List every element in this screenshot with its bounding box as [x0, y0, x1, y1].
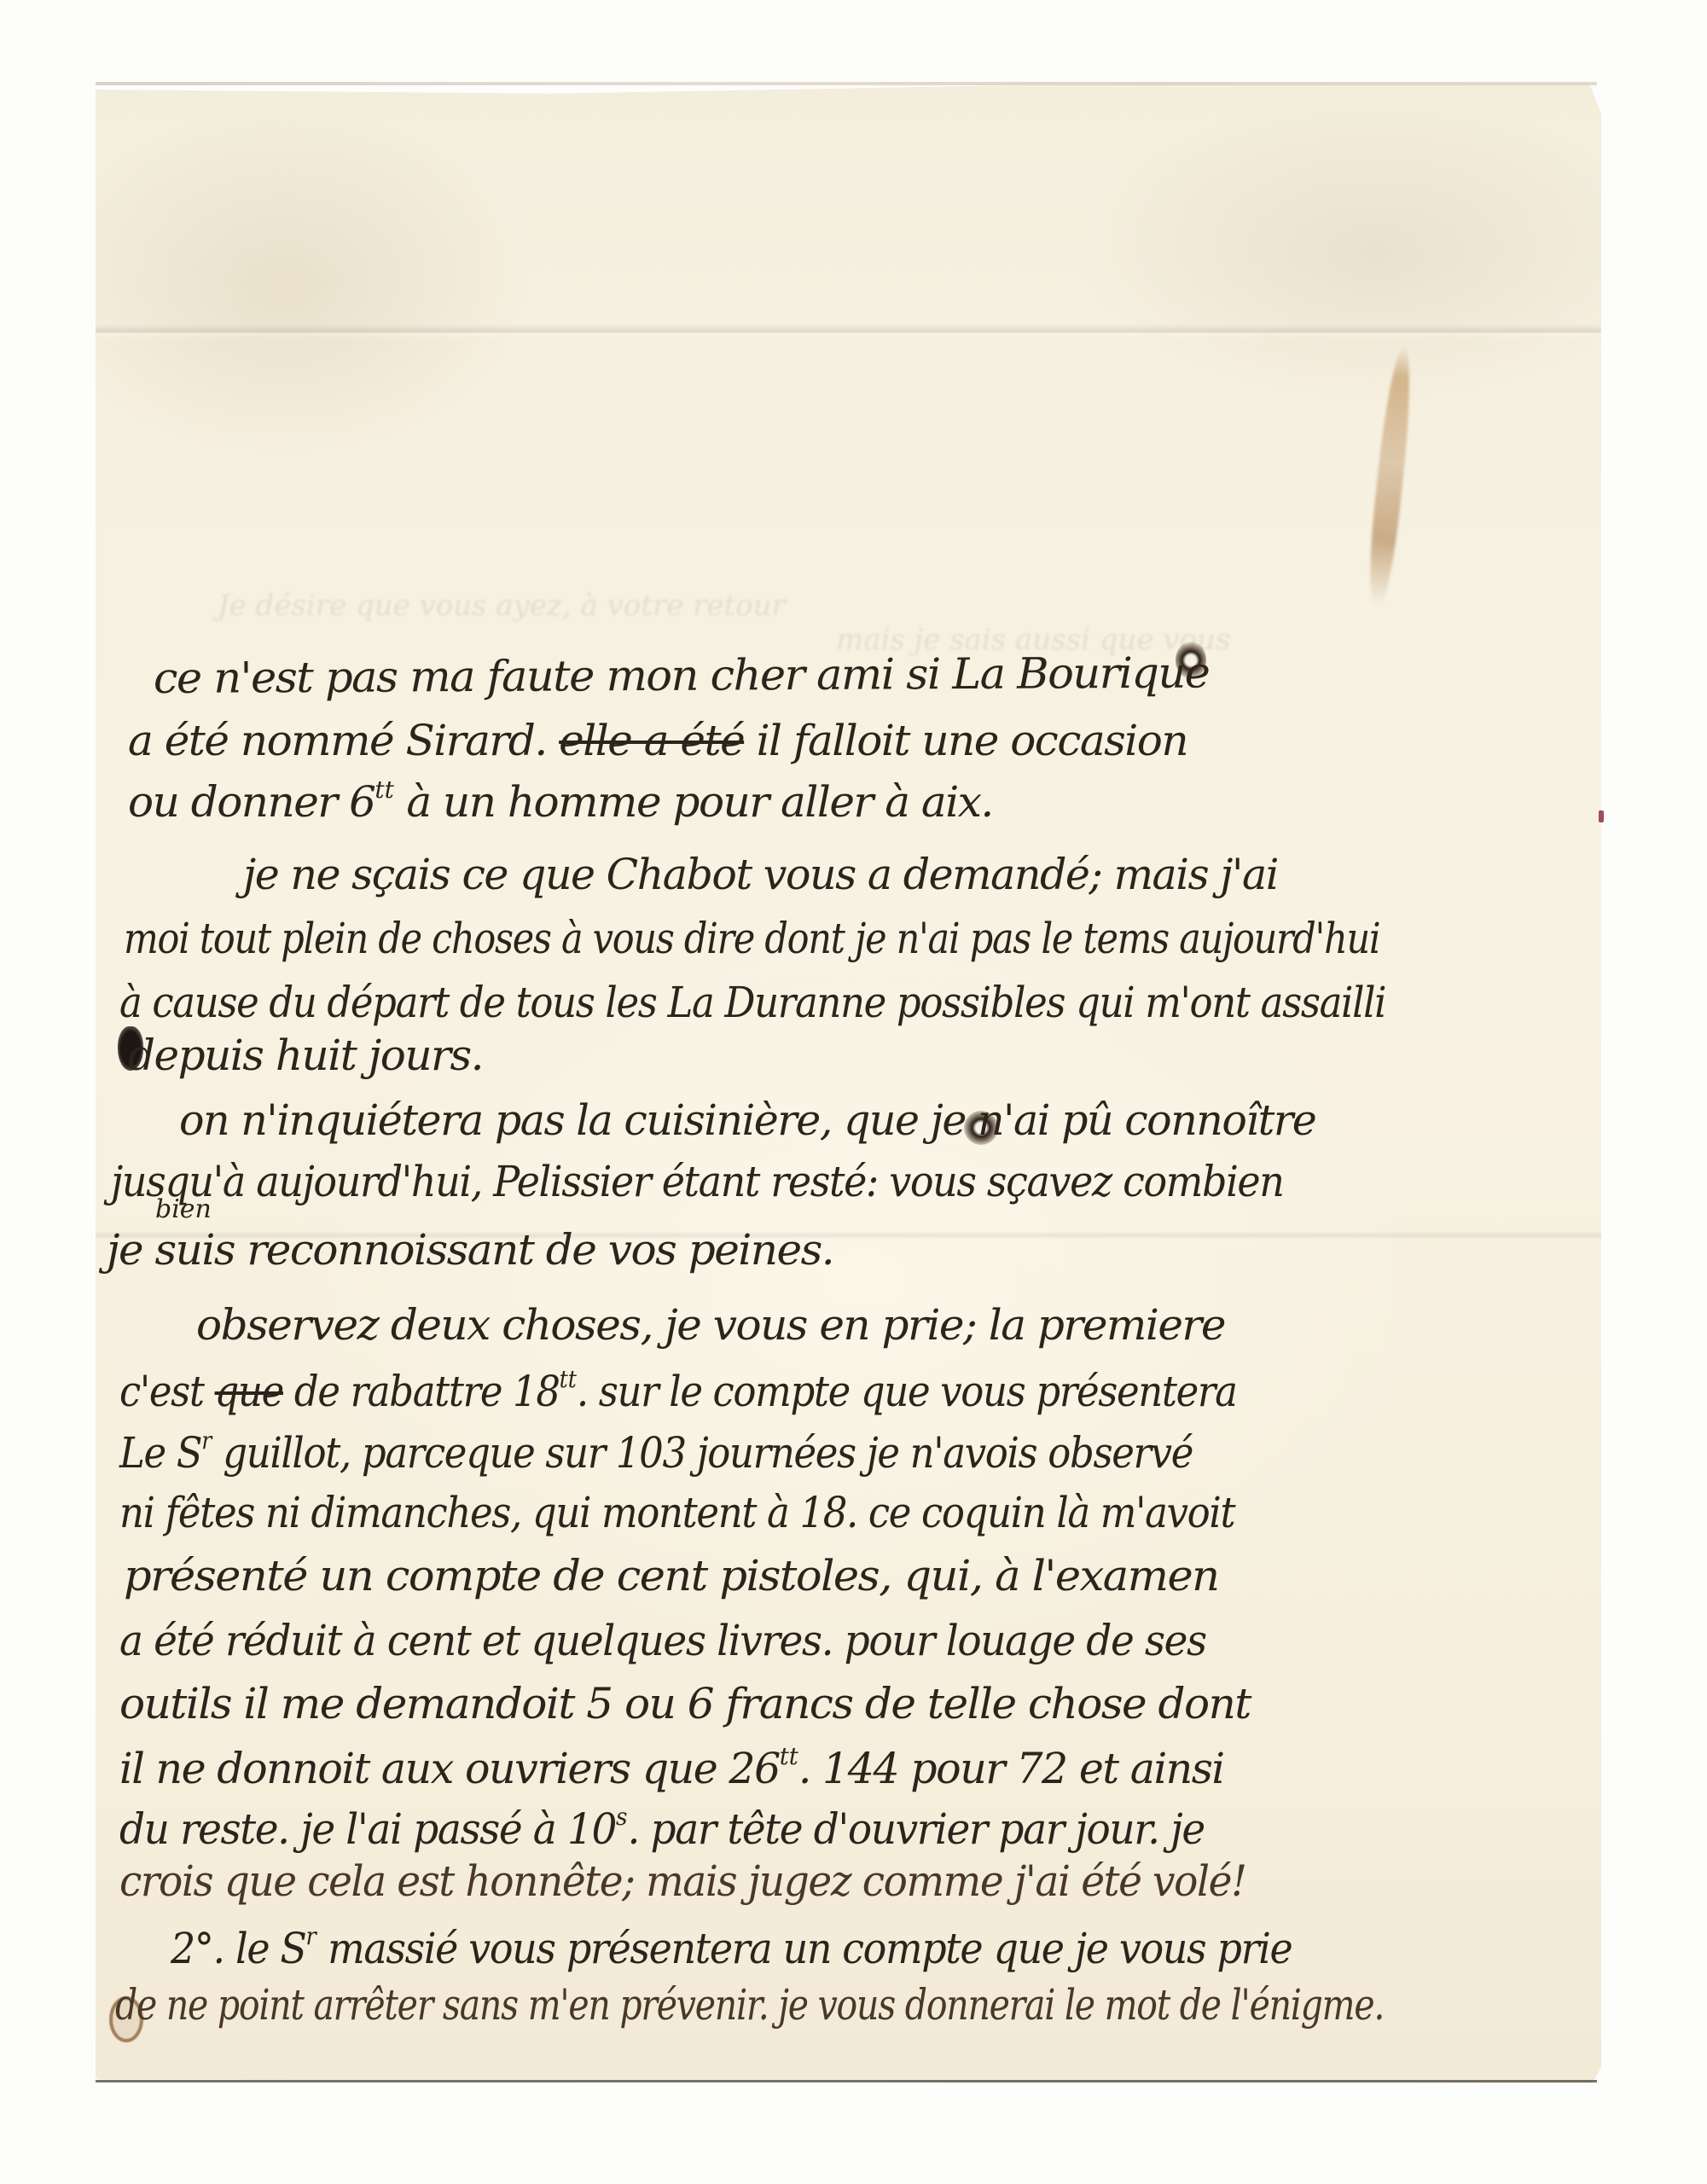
letter-line-22: de ne point arrêter sans m'en prévenir. …	[115, 1984, 1384, 2026]
line-text: ou donner 6	[128, 777, 374, 827]
struck-text: que	[215, 1367, 283, 1416]
inserted-word: bien	[155, 1194, 212, 1224]
letter-line-19: du reste. je l'ai passé à 10s. par tête …	[119, 1805, 1205, 1850]
letter-line-14: ni fêtes ni dimanches, qui montent à 18.…	[119, 1491, 1234, 1534]
letter-line-1: ce n'est pas ma faute mon cher ami si La…	[154, 652, 1210, 700]
sols-abbrev: s	[616, 1803, 628, 1831]
line-text: de rabattre 18	[283, 1367, 560, 1416]
line-text: . par tête d'ouvrier par jour. je	[627, 1804, 1204, 1854]
letter-line-18: il ne donnoit aux ouvriers que 26tt. 144…	[119, 1745, 1224, 1790]
letter-line-11: observez deux choses, je vous en prie; l…	[196, 1304, 1225, 1346]
livres-symbol: tt	[374, 775, 394, 804]
sieur-abbrev: r	[201, 1426, 212, 1455]
line-text: du reste. je l'ai passé à 10	[119, 1804, 616, 1854]
letter-line-16: a été réduit à cent et quelques livres. …	[119, 1619, 1206, 1662]
letter-line-5: moi tout plein de choses à vous dire don…	[124, 917, 1379, 960]
line-text: a été nommé Sirard.	[128, 716, 559, 765]
sieur-abbrev: r	[306, 1922, 316, 1950]
line-text: il falloit une occasion	[744, 716, 1187, 765]
line-text: guillot, parceque sur 103 journées je n'…	[212, 1428, 1193, 1478]
letter-line-6: à cause du départ de tous les La Duranne…	[119, 981, 1385, 1024]
line-text: c'est	[119, 1367, 215, 1416]
letter-line-10: je suis reconnoissant de vos peines.	[107, 1228, 833, 1271]
line-text: massié vous présentera un compte que je …	[316, 1924, 1292, 1973]
letter-line-12: c'est que de rabattre 18tt. sur le compt…	[119, 1368, 1237, 1413]
letter-line-4: je ne sçais ce que Chabot vous a demandé…	[243, 853, 1278, 896]
letter-line-3: ou donner 6tt à un homme pour aller à ai…	[128, 778, 993, 823]
letter-line-17: outils il me demandoit 5 ou 6 francs de …	[119, 1682, 1251, 1725]
struck-text: elle a été	[559, 716, 744, 765]
letter-line-13: Le Sr guillot, parceque sur 103 journées…	[119, 1429, 1193, 1474]
letter-line-20: crois que cela est honnête; mais jugez c…	[119, 1860, 1246, 1902]
letter-line-9: jusqu'à aujourd'hui, Pelissier étant res…	[111, 1160, 1284, 1203]
line-text: il ne donnoit aux ouvriers que 26	[119, 1744, 780, 1793]
line-text: à un homme pour aller à aix.	[394, 777, 993, 827]
line-text: 2°. le S	[171, 1924, 306, 1973]
letter-line-15: présenté un compte de cent pistoles, qui…	[124, 1554, 1218, 1597]
livres-symbol: tt	[780, 1742, 798, 1770]
livres-symbol: tt	[560, 1365, 577, 1393]
line-text: . 144 pour 72 et ainsi	[798, 1744, 1224, 1793]
letter-line-2: a été nommé Sirard. elle a été il falloi…	[128, 719, 1187, 762]
letter-body: ce n'est pas ma faute mon cher ami si La…	[0, 0, 1707, 2184]
letter-line-8: on n'inquiétera pas la cuisinière, que j…	[179, 1099, 1315, 1141]
line-text: Le S	[119, 1428, 201, 1478]
line-text: . sur le compte que vous présentera	[577, 1367, 1237, 1416]
letter-line-21: 2°. le Sr massié vous présentera un comp…	[171, 1925, 1292, 1970]
letter-line-7: depuis huit jours.	[128, 1034, 483, 1077]
